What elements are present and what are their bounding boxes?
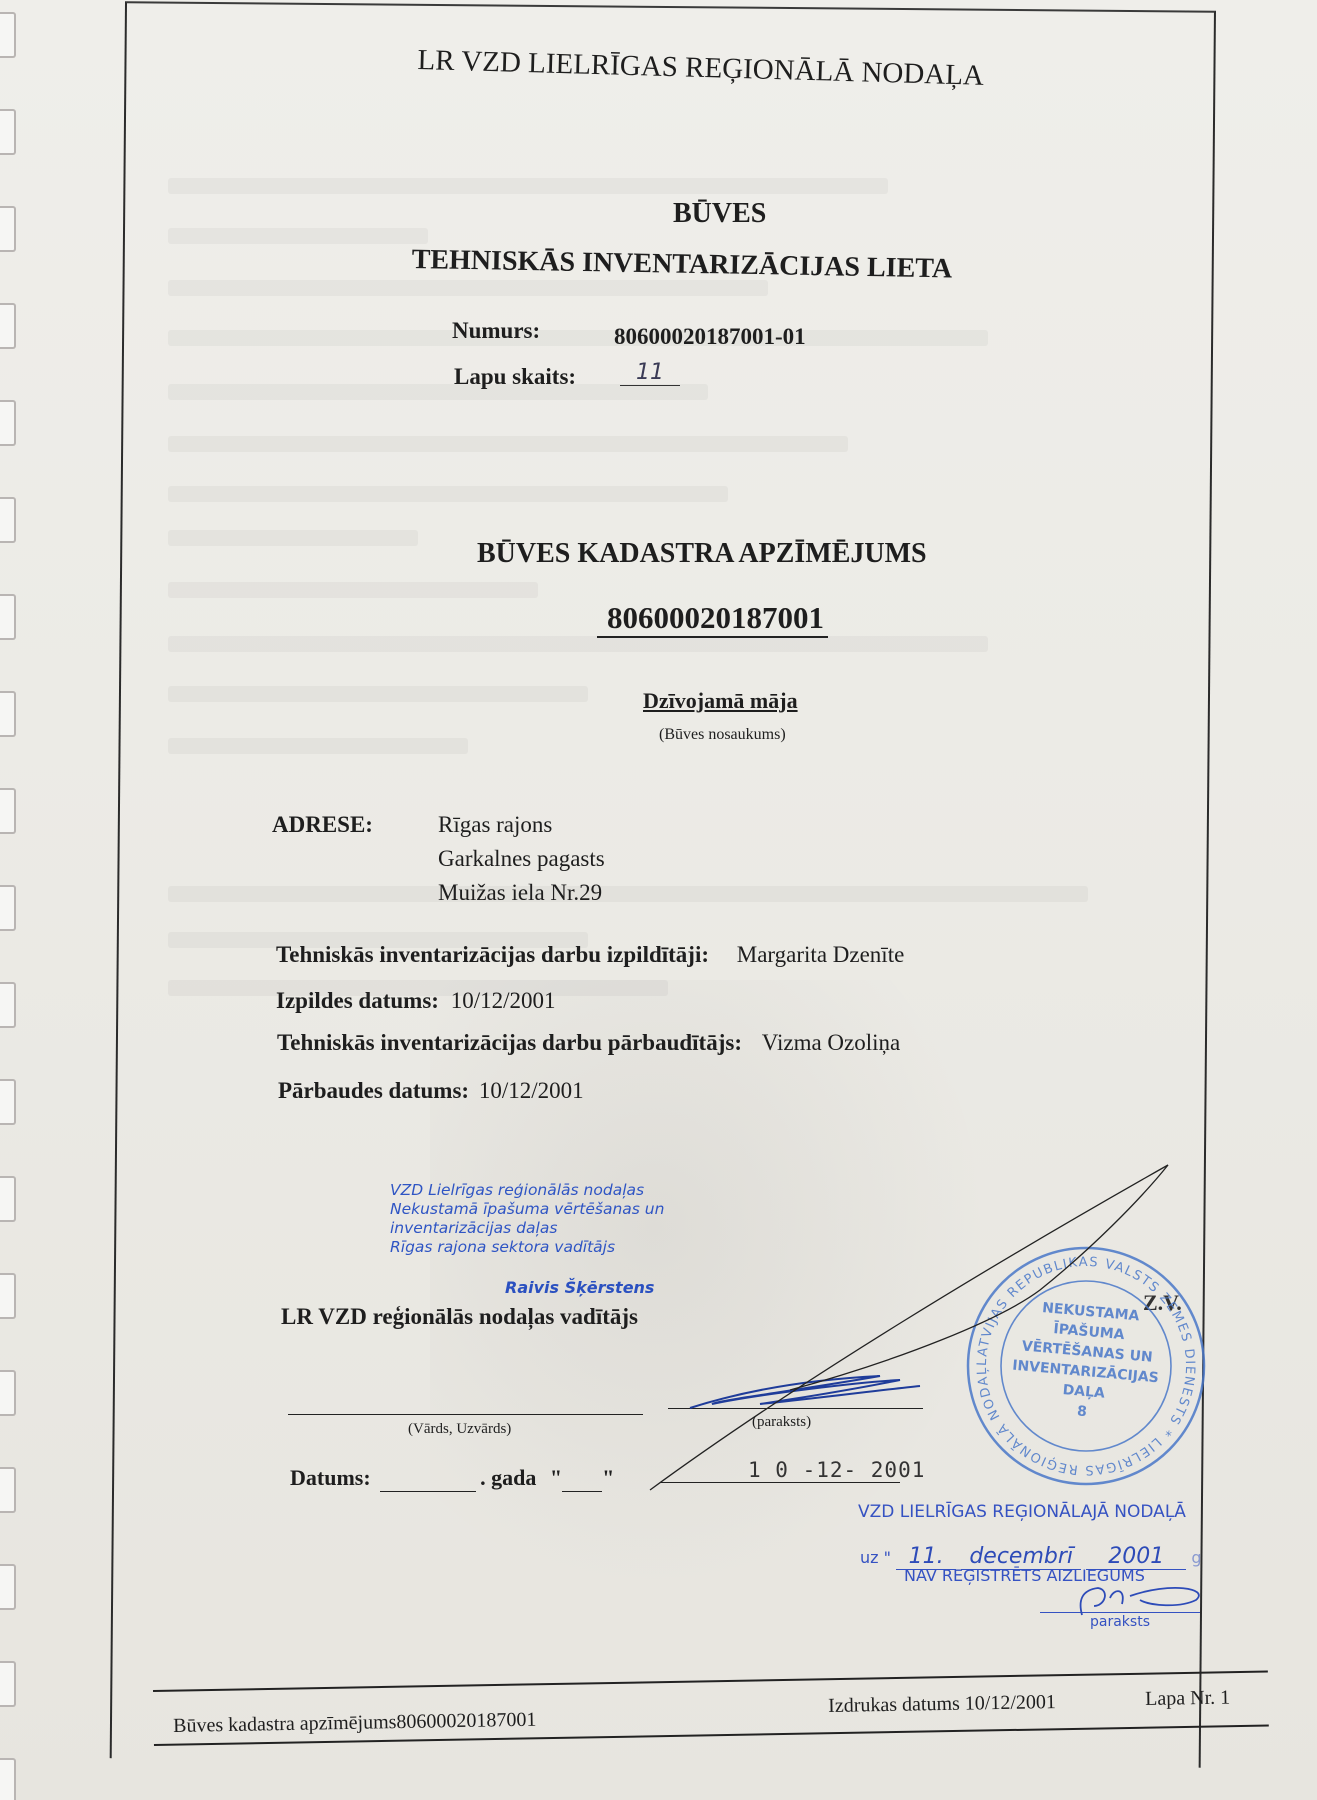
name-line	[288, 1414, 643, 1415]
binding-ring	[0, 109, 16, 155]
inspector-label: Tehniskās inventarizācijas darbu pārbaud…	[277, 1030, 742, 1055]
execution-date-row: Izpildes datums: 10/12/2001	[276, 988, 555, 1014]
inspection-date-value: 10/12/2001	[479, 1078, 584, 1103]
stamp-line: inventarizācijas daļas	[390, 1219, 664, 1238]
inspection-date-row: Pārbaudes datums: 10/12/2001	[278, 1078, 584, 1104]
executor-label: Tehniskās inventarizācijas darbu izpildī…	[276, 942, 709, 967]
stamp-line: Nekustamā īpašuma vērtēšanas un	[390, 1200, 664, 1219]
binding-ring	[0, 885, 16, 931]
number-value: 80600020187001-01	[614, 324, 806, 350]
footer-page-number: Lapa Nr. 1	[1145, 1687, 1230, 1711]
stamped-date: 1 0 -12- 2001	[748, 1458, 925, 1482]
footer-cadastre-value: 80600020187001	[396, 1709, 536, 1733]
registry-status: NAV REĢISTRĒTS AIZLIEGUMS	[904, 1566, 1145, 1585]
binding-ring	[0, 1564, 16, 1610]
execution-date-value: 10/12/2001	[451, 988, 556, 1013]
binding-ring	[0, 1661, 16, 1707]
stamp-line: VZD Lielrīgas reģionālās nodaļas	[390, 1181, 664, 1200]
footer-page-label: Lapa Nr.	[1145, 1687, 1215, 1710]
binding-ring	[0, 594, 16, 640]
address-line: Muižas iela Nr.29	[438, 880, 602, 906]
sector-head-name: Raivis Šķērstens	[505, 1278, 654, 1297]
signature-caption: (paraksts)	[752, 1414, 811, 1431]
address-label: ADRESE:	[272, 812, 373, 838]
registry-prefix: uz "	[860, 1548, 891, 1567]
registry-signature-line	[1040, 1612, 1200, 1613]
binding-ring	[0, 206, 16, 252]
registry-header: VZD LIELRĪGAS REĢIONĀLAJĀ NODAĻĀ	[858, 1502, 1186, 1522]
binding-ring	[0, 1758, 16, 1800]
binding-ring	[0, 1079, 16, 1125]
inspector-row: Tehniskās inventarizācijas darbu pārbaud…	[277, 1030, 900, 1056]
number-label: Numurs:	[452, 318, 540, 344]
date-row: Datums: . gada " "	[290, 1465, 614, 1492]
inspection-date-label: Pārbaudes datums:	[278, 1078, 469, 1103]
binding-ring	[0, 788, 16, 834]
binding-ring	[0, 12, 16, 58]
address-line: Rīgas rajons	[438, 812, 552, 838]
date-line	[660, 1482, 900, 1483]
executor-value: Margarita Dzenīte	[737, 942, 905, 967]
registry-signature-caption: paraksts	[1090, 1614, 1150, 1630]
footer-cadastre-label: Būves kadastra apzīmējums	[173, 1711, 397, 1737]
spiral-binding	[0, 0, 40, 1800]
binding-ring	[0, 982, 16, 1028]
title-line-1: BŪVES	[673, 198, 766, 230]
signature-line	[668, 1408, 923, 1409]
executor-row: Tehniskās inventarizācijas darbu izpildī…	[276, 942, 904, 968]
binding-ring	[0, 497, 16, 543]
binding-ring	[0, 1176, 16, 1222]
footer-print-date: Izdrukas datums 10/12/2001	[828, 1691, 1056, 1718]
pages-value: 11	[620, 360, 680, 386]
sector-head-stamp: VZD Lielrīgas reģionālās nodaļas Nekusta…	[390, 1181, 664, 1257]
execution-date-label: Izpildes datums:	[276, 988, 439, 1013]
cadastre-heading: BŪVES KADASTRA APZĪMĒJUMS	[477, 538, 927, 570]
building-name-caption: (Būves nosaukums)	[659, 726, 786, 744]
footer-print-date-label: Izdrukas datums	[828, 1693, 960, 1717]
cadastre-number: 80600020187001	[597, 600, 828, 638]
binding-ring	[0, 303, 16, 349]
quote-open: "	[550, 1465, 562, 1490]
footer-page-value: 1	[1220, 1687, 1230, 1709]
day-blank	[562, 1465, 602, 1492]
date-label: Datums:	[290, 1465, 371, 1490]
stamp-line: Rīgas rajona sektora vadītājs	[390, 1238, 664, 1257]
binding-ring	[0, 1467, 16, 1513]
year-blank	[380, 1465, 476, 1492]
binding-ring	[0, 1370, 16, 1416]
footer-print-date-value: 10/12/2001	[965, 1691, 1056, 1715]
binding-ring	[0, 1273, 16, 1319]
binding-ring	[0, 691, 16, 737]
address-line: Garkalnes pagasts	[438, 846, 605, 872]
seal-place-mark: Z.V.	[1143, 1290, 1182, 1316]
inspector-value: Vizma Ozoliņa	[762, 1030, 900, 1055]
regional-head-title: LR VZD reģionālās nodaļas vadītājs	[281, 1304, 638, 1330]
building-name: Dzīvojamā māja	[643, 688, 798, 714]
binding-ring	[0, 400, 16, 446]
registry-suffix: g	[1191, 1548, 1201, 1567]
pages-label: Lapu skaits:	[454, 364, 576, 390]
name-caption: (Vārds, Uzvārds)	[408, 1421, 511, 1438]
quote-close: "	[602, 1465, 614, 1490]
year-suffix: . gada	[480, 1465, 536, 1490]
